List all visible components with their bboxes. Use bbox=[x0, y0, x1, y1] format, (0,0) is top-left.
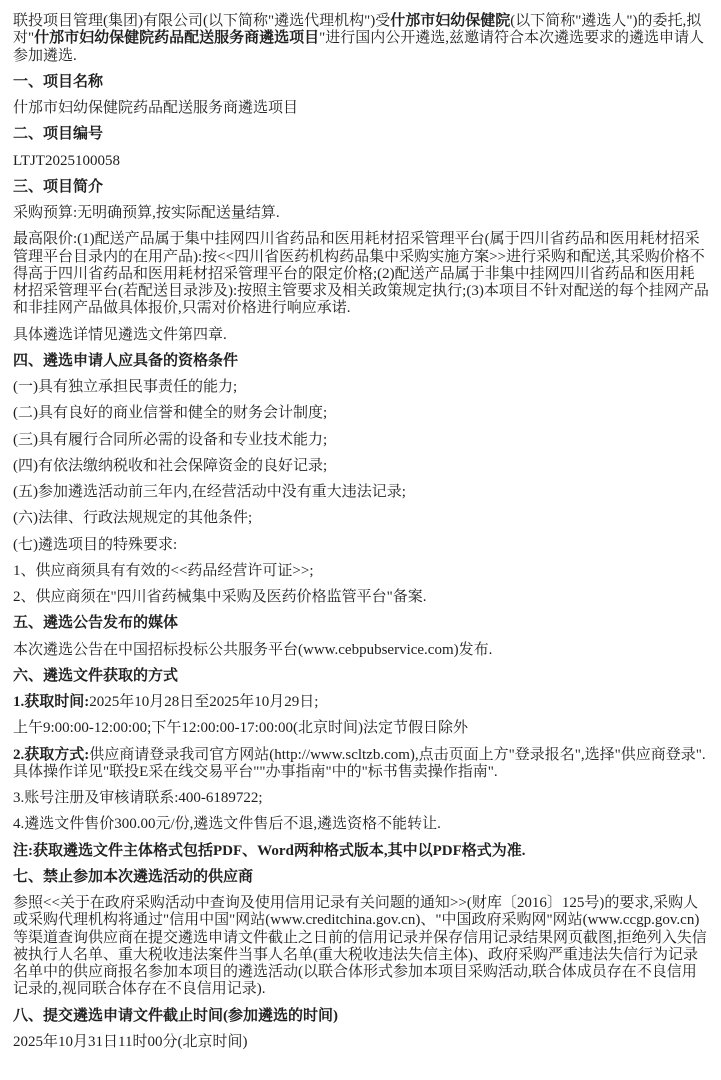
project-name-inline: 什邡市妇幼保健院药品配送服务商遴选项目 bbox=[34, 30, 319, 46]
detail-reference-paragraph: 具体遴选详情见遴选文件第四章. bbox=[13, 327, 709, 344]
qualification-item-4: (四)有依法缴纳税收和社会保障资金的良好记录; bbox=[13, 458, 709, 475]
qualification-item-3: (三)具有履行合同所必需的设备和专业技术能力; bbox=[13, 432, 709, 449]
section-3-heading: 三、项目简介 bbox=[13, 179, 709, 196]
deadline-paragraph: 2025年10月31日11时00分(北京时间) bbox=[13, 1034, 709, 1051]
section-2-heading: 二、项目编号 bbox=[13, 126, 709, 143]
obtain-time-value: 2025年10月28日至2025年10月29日; bbox=[89, 694, 318, 710]
section-6-heading: 六、遴选文件获取的方式 bbox=[13, 668, 709, 685]
price-limit-paragraph: 最高限价:(1)配送产品属于集中挂网四川省药品和医用耗材招采管理平台(属于四川省… bbox=[13, 231, 709, 317]
credit-record-paragraph: 参照<<关于在政府采购活动中查询及使用信用记录有关问题的通知>>(财库〔2016… bbox=[13, 895, 709, 999]
section-5-heading: 五、遴选公告发布的媒体 bbox=[13, 615, 709, 632]
obtain-method-paragraph: 2.获取方式:供应商请登录我司官方网站(http://www.scltzb.co… bbox=[13, 747, 709, 782]
announcement-media-paragraph: 本次遴选公告在中国招标投标公共服务平台(www.cebpubservice.co… bbox=[13, 642, 709, 659]
account-contact-paragraph: 3.账号注册及审核请联系:400-6189722; bbox=[13, 790, 709, 807]
special-requirement-1: 1、供应商须具有有效的<<药品经营许可证>>; bbox=[13, 563, 709, 580]
document-price-paragraph: 4.遴选文件售价300.00元/份,遴选文件售后不退,遴选资格不能转让. bbox=[13, 816, 709, 833]
procurement-announcement-document: 联投项目管理(集团)有限公司(以下简称"遴选代理机构")受什邡市妇幼保健院(以下… bbox=[0, 0, 721, 1080]
obtain-time-label: 1.获取时间: bbox=[13, 694, 89, 710]
intro-paragraph: 联投项目管理(集团)有限公司(以下简称"遴选代理机构")受什邡市妇幼保健院(以下… bbox=[13, 13, 709, 65]
section-4-heading: 四、遴选申请人应具备的资格条件 bbox=[13, 353, 709, 370]
obtain-hours-paragraph: 上午9:00:00-12:00:00;下午12:00:00-17:00:00(北… bbox=[13, 720, 709, 737]
qualification-item-1: (一)具有独立承担民事责任的能力; bbox=[13, 379, 709, 396]
budget-paragraph: 采购预算:无明确预算,按实际配送量结算. bbox=[13, 205, 709, 222]
section-1-heading: 一、项目名称 bbox=[13, 74, 709, 91]
special-requirement-2: 2、供应商须在"四川省药械集中采购及医药价格监管平台"备案. bbox=[13, 589, 709, 606]
qualification-item-6: (六)法律、行政法规规定的其他条件; bbox=[13, 510, 709, 527]
project-number: LTJT2025100058 bbox=[13, 153, 709, 170]
obtain-time-paragraph: 1.获取时间:2025年10月28日至2025年10月29日; bbox=[13, 694, 709, 711]
project-name: 什邡市妇幼保健院药品配送服务商遴选项目 bbox=[13, 100, 709, 117]
format-note-paragraph: 注:获取遴选文件主体格式包括PDF、Word两种格式版本,其中以PDF格式为准. bbox=[13, 843, 709, 860]
buyer-name: 什邡市妇幼保健院 bbox=[390, 13, 510, 29]
section-8-heading: 八、提交遴选申请文件截止时间(参加遴选的时间) bbox=[13, 1008, 709, 1025]
obtain-method-value: 供应商请登录我司官方网站(http://www.scltzb.com),点击页面… bbox=[13, 747, 706, 780]
section-7-heading: 七、禁止参加本次遴选活动的供应商 bbox=[13, 869, 709, 886]
intro-text-pre: 联投项目管理(集团)有限公司(以下简称"遴选代理机构")受 bbox=[13, 13, 390, 29]
qualification-item-5: (五)参加遴选活动前三年内,在经营活动中没有重大违法记录; bbox=[13, 484, 709, 501]
qualification-item-7: (七)遴选项目的特殊要求: bbox=[13, 537, 709, 554]
obtain-method-label: 2.获取方式: bbox=[13, 747, 89, 763]
qualification-item-2: (二)具有良好的商业信誉和健全的财务会计制度; bbox=[13, 405, 709, 422]
